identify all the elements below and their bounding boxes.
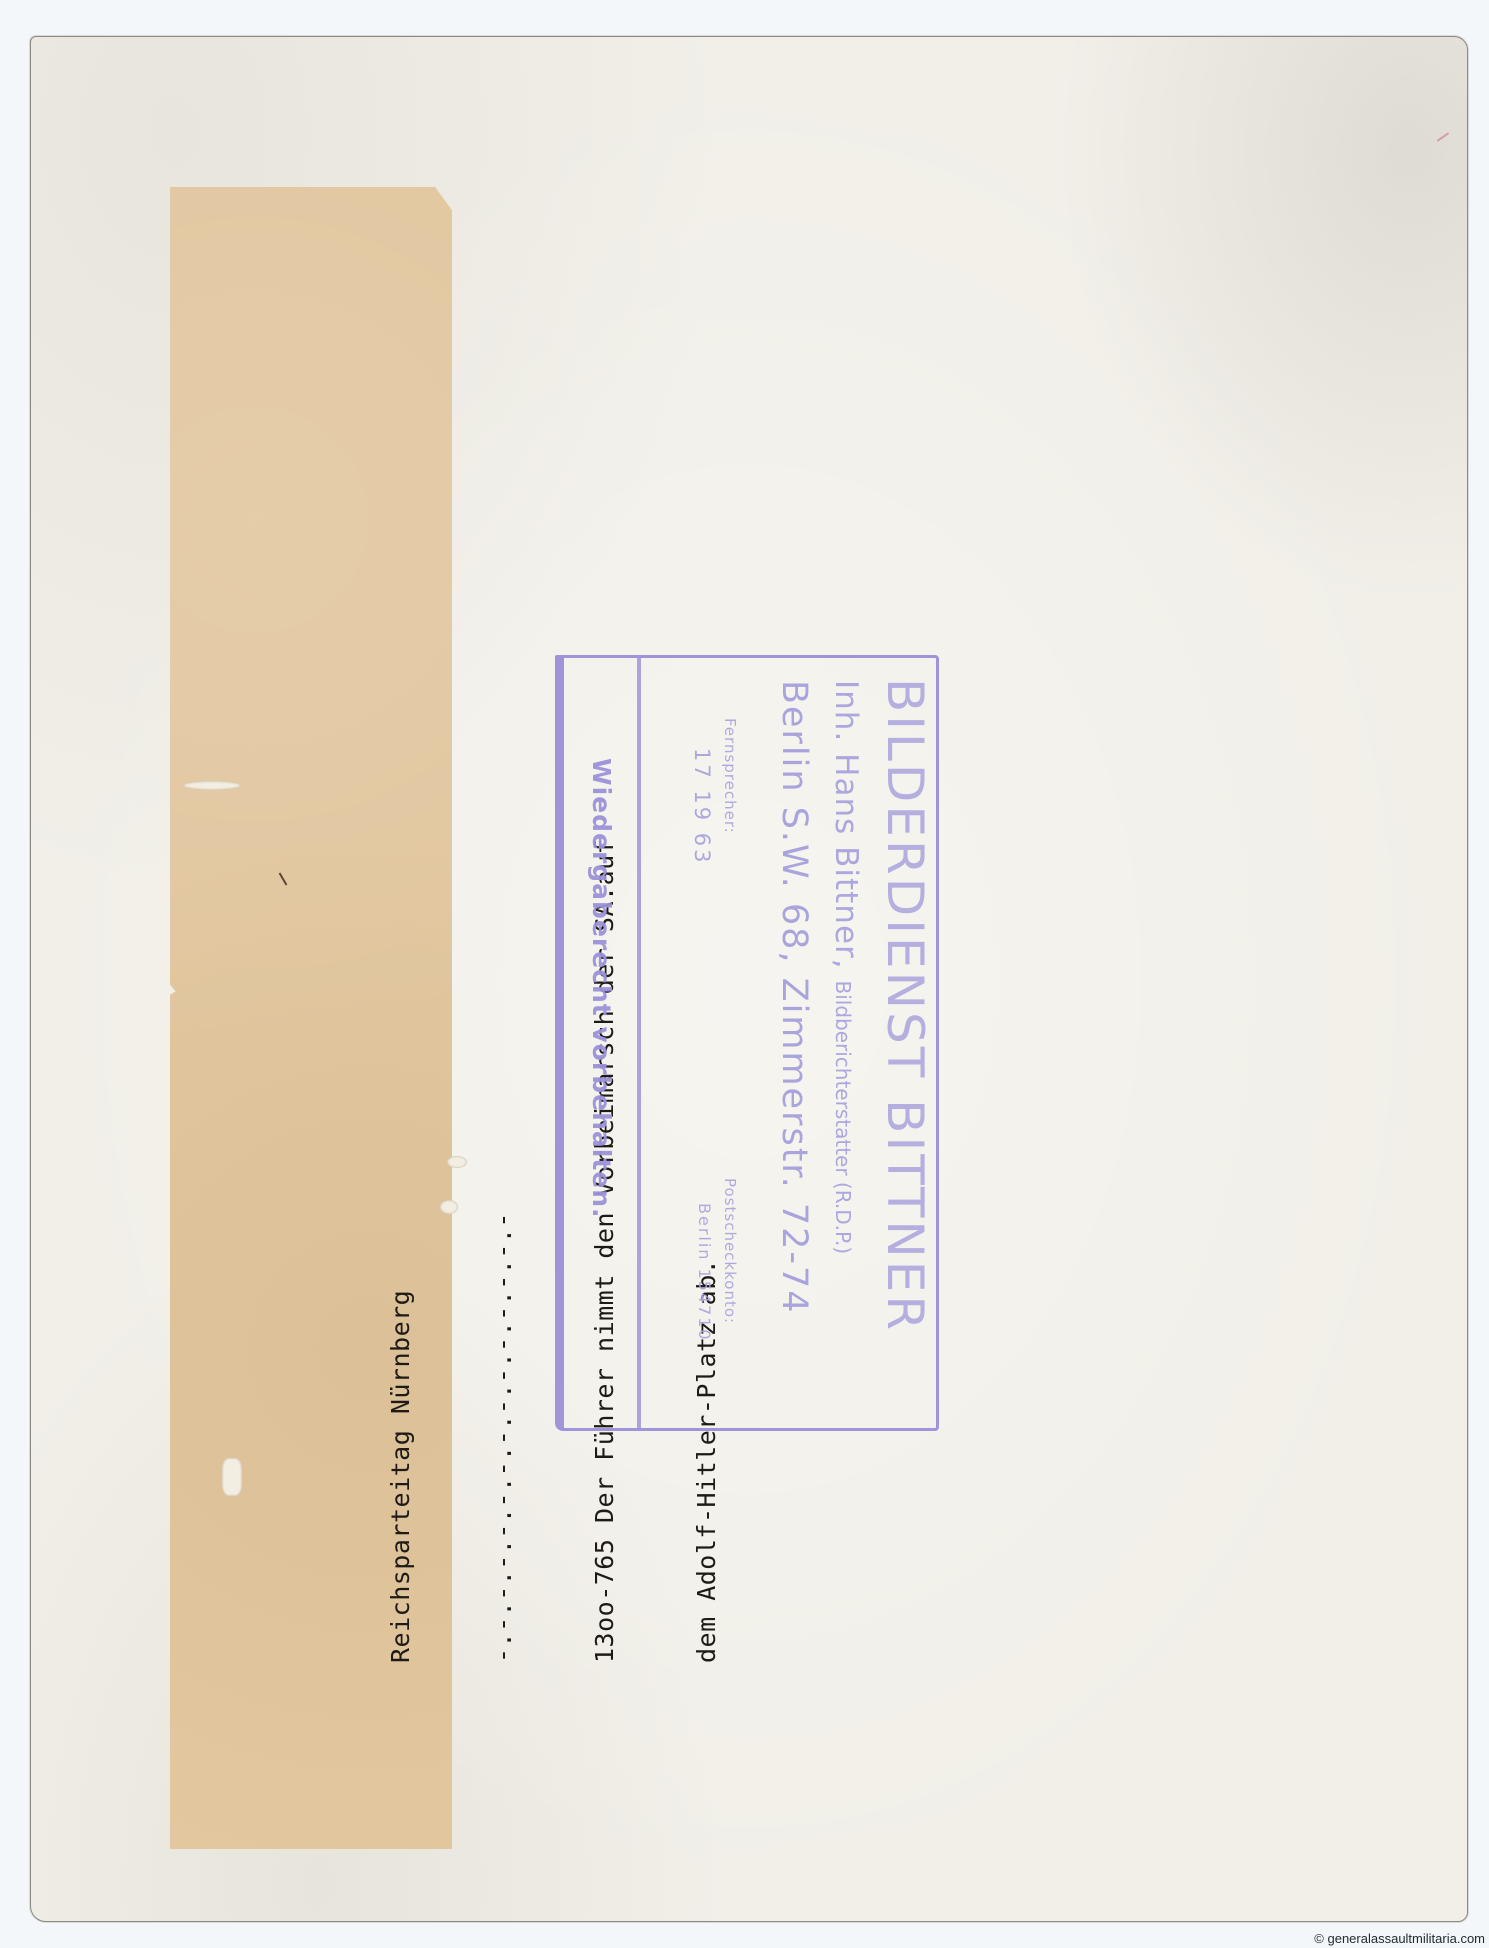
stamp-phone-label: Fernsprecher: bbox=[721, 718, 739, 834]
stamp-postal-account-label: Postscheckkonto: bbox=[721, 1178, 739, 1324]
stamp-rights-notice: Wiedergaberecht vorbehalten. bbox=[587, 758, 616, 1219]
stamp-owner-name: Inh. Hans Bittner, bbox=[828, 680, 864, 970]
stamp-divider bbox=[637, 658, 641, 1428]
publisher-stamp: BILDERDIENST BITTNER Inh. Hans Bittner, … bbox=[555, 655, 939, 1431]
label-tear bbox=[222, 1458, 242, 1496]
stamp-owner-line: Inh. Hans Bittner, Bildberichterstatter … bbox=[828, 680, 864, 1254]
stamp-postal-account: Berlin 154710 bbox=[695, 1203, 714, 1342]
stamp-phone-number: 17 19 63 bbox=[690, 748, 714, 866]
copyright-watermark: © generalassaultmilitaria.com bbox=[1314, 1931, 1485, 1946]
caption-separator-line: -.-.-.-.-.-.-.-.-.-.-.-.-.-.- bbox=[486, 603, 520, 1663]
stamp-address: Berlin S.W. 68, Zimmerstr. 72-74 bbox=[774, 680, 814, 1315]
caption-title-line: Reichsparteitag Nürnberg bbox=[384, 603, 418, 1663]
label-tear bbox=[183, 781, 241, 790]
stamp-owner-role: Bildberichterstatter (R.D.P.) bbox=[831, 980, 855, 1254]
stamp-agency-title: BILDERDIENST BITTNER bbox=[876, 678, 934, 1333]
